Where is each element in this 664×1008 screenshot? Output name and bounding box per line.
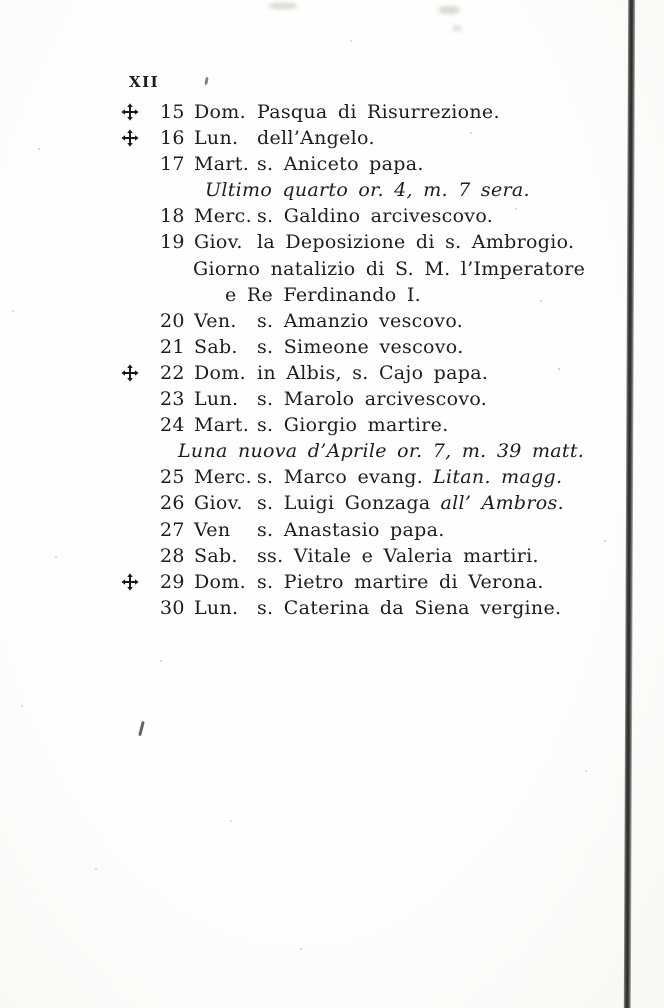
entry-text: s. Aniceto papa. [257, 153, 424, 175]
feast-text-cell: s. Luigi Gonzagaall’ Ambros. [257, 490, 598, 516]
entry-text: s. Simeone vescovo. [257, 336, 464, 358]
weekday-abbrev: Lun. [194, 125, 257, 151]
entry-text: dell’Angelo. [257, 127, 375, 149]
day-number: 24 [160, 412, 194, 438]
feast-text-cell: s. Marco evang.Litan. magg. [257, 464, 598, 490]
feast-cross-cell [120, 386, 160, 412]
feast-text-cell: ss. Vitale e Valeria martiri. [257, 543, 598, 569]
weekday-abbrev: Dom. [194, 360, 257, 386]
entry-text: s. Amanzio vescovo. [257, 310, 463, 332]
calendar-lines: 15 Dom. Pasqua di Risurrezione. 16 Lun. … [120, 99, 598, 621]
weekday-abbrev: Merc. [194, 464, 257, 490]
calendar-entry-row: 16 Lun. dell’Angelo. [120, 125, 598, 151]
feast-cross-cell [120, 203, 160, 229]
weekday-abbrev: Ven. [194, 308, 257, 334]
calendar-entry-row: 20 Ven. s. Amanzio vescovo. [120, 308, 598, 334]
feast-cross-cell [120, 151, 160, 177]
day-number: 23 [160, 386, 194, 412]
paper-speckles [0, 0, 2, 2]
day-number: 17 [160, 151, 194, 177]
day-number: 20 [160, 308, 194, 334]
calendar-entry-row: 21 Sab. s. Simeone vescovo. [120, 334, 598, 360]
line-text: e Re Ferdinando I. [225, 284, 421, 306]
entry-text: s. Pietro martire di Verona. [257, 571, 544, 593]
calendar-entry-row: 15 Dom. Pasqua di Risurrezione. [120, 99, 598, 125]
day-number: 30 [160, 595, 194, 621]
feast-text-cell: s. Amanzio vescovo. [257, 308, 598, 334]
weekday-abbrev: Mart. [194, 412, 257, 438]
feast-cross-cell [120, 490, 160, 516]
feast-cross-cell [120, 569, 160, 595]
feast-text-cell: s. Simeone vescovo. [257, 334, 598, 360]
entry-text: s. Marco evang. [257, 466, 423, 488]
calendar-entry-row: 23 Lun. s. Marolo arcivescovo. [120, 386, 598, 412]
entry-text: s. Galdino arcivescovo. [257, 205, 493, 227]
calendar-entry-row: 18 Merc. s. Galdino arcivescovo. [120, 203, 598, 229]
feast-day-cross-icon [121, 573, 139, 591]
feast-text-cell: in Albis, s. Cajo papa. [257, 360, 598, 386]
day-number: 22 [160, 360, 194, 386]
feast-text-cell: s. Pietro martire di Verona. [257, 569, 598, 595]
calendar-entry-row: 28 Sab. ss. Vitale e Valeria martiri. [120, 543, 598, 569]
weekday-abbrev: Dom. [194, 99, 257, 125]
feast-text-cell: la Deposizione di s. Ambrogio. [257, 229, 598, 255]
calendar-entry-row: 24 Mart. s. Giorgio martire. [120, 412, 598, 438]
entry-text: la Deposizione di s. Ambrogio. [257, 231, 574, 253]
calendar-entry-row: 22 Dom. in Albis, s. Cajo papa. [120, 360, 598, 386]
feast-cross-cell [120, 517, 160, 543]
weekday-abbrev: Ven [194, 517, 257, 543]
feast-cross-cell [120, 125, 160, 151]
feast-cross-cell [120, 595, 160, 621]
day-number: 19 [160, 229, 194, 255]
line-text: Ultimo quarto or. 4, m. 7 sera. [205, 179, 530, 201]
calendar-text-line: Luna nuova d’Aprile or. 7, m. 39 matt. [178, 438, 598, 464]
feast-text-cell: dell’Angelo. [257, 125, 598, 151]
weekday-abbrev: Dom. [194, 569, 257, 595]
stray-ink-mark [204, 77, 209, 85]
weekday-abbrev: Sab. [194, 334, 257, 360]
day-number: 18 [160, 203, 194, 229]
calendar-entry-row: 25 Merc. s. Marco evang.Litan. magg. [120, 464, 598, 490]
feast-text-cell: s. Giorgio martire. [257, 412, 598, 438]
line-text: Luna nuova d’Aprile or. 7, m. 39 matt. [178, 440, 584, 462]
entry-text: Pasqua di Risurrezione. [257, 101, 500, 123]
entry-text: in Albis, s. Cajo papa. [257, 362, 488, 384]
day-number: 25 [160, 464, 194, 490]
feast-cross-cell [120, 543, 160, 569]
feast-cross-cell [120, 308, 160, 334]
entry-text: s. Luigi Gonzaga [257, 492, 431, 514]
scan-smudge [438, 6, 460, 14]
weekday-abbrev: Lun. [194, 595, 257, 621]
entry-text-italic: Litan. magg. [433, 466, 562, 488]
entry-text: s. Anastasio papa. [257, 519, 445, 541]
stray-pen-slash [138, 721, 144, 736]
entry-text: s. Giorgio martire. [257, 414, 449, 436]
feast-cross-cell [120, 99, 160, 125]
entry-text: s. Caterina da Siena vergine. [257, 597, 561, 619]
calendar-text-line: Giorno natalizio di S. M. l’Imperatore [193, 256, 598, 282]
feast-text-cell: s. Anastasio papa. [257, 517, 598, 543]
feast-cross-cell [120, 412, 160, 438]
calendar-text-line: e Re Ferdinando I. [225, 282, 598, 308]
calendar-entry-row: 17 Mart. s. Aniceto papa. [120, 151, 598, 177]
calendar-entry-row: 27 Ven s. Anastasio papa. [120, 517, 598, 543]
book-edge-shadow [624, 0, 635, 1008]
weekday-abbrev: Sab. [194, 543, 257, 569]
feast-day-cross-icon [121, 103, 139, 121]
scan-smudge [268, 3, 298, 9]
feast-text-cell: s. Aniceto papa. [257, 151, 598, 177]
almanac-scanned-page: XII 15 Dom. Pasqua di Risurrezione. 16 L… [0, 0, 664, 1008]
day-number: 28 [160, 543, 194, 569]
weekday-abbrev: Mart. [194, 151, 257, 177]
feast-day-cross-icon [121, 364, 139, 382]
scan-smudge [452, 26, 462, 31]
feast-cross-cell [120, 334, 160, 360]
calendar-entry-row: 26 Giov. s. Luigi Gonzagaall’ Ambros. [120, 490, 598, 516]
feast-cross-cell [120, 360, 160, 386]
entry-text-italic: all’ Ambros. [441, 492, 564, 514]
day-number: 27 [160, 517, 194, 543]
weekday-abbrev: Giov. [194, 490, 257, 516]
calendar-entry-row: 30 Lun. s. Caterina da Siena vergine. [120, 595, 598, 621]
day-number: 26 [160, 490, 194, 516]
day-number: 15 [160, 99, 194, 125]
feast-cross-cell [120, 229, 160, 255]
weekday-abbrev: Lun. [194, 386, 257, 412]
weekday-abbrev: Giov. [194, 229, 257, 255]
feast-text-cell: s. Caterina da Siena vergine. [257, 595, 598, 621]
feast-text-cell: s. Marolo arcivescovo. [257, 386, 598, 412]
calendar-text-line: Ultimo quarto or. 4, m. 7 sera. [205, 177, 598, 203]
page-number: XII [129, 73, 159, 91]
entry-text: ss. Vitale e Valeria martiri. [257, 545, 539, 567]
calendar-entry-row: 29 Dom. s. Pietro martire di Verona. [120, 569, 598, 595]
feast-text-cell: s. Galdino arcivescovo. [257, 203, 598, 229]
calendar-entry-row: 19 Giov. la Deposizione di s. Ambrogio. [120, 229, 598, 255]
weekday-abbrev: Merc. [194, 203, 257, 229]
feast-text-cell: Pasqua di Risurrezione. [257, 99, 598, 125]
day-number: 29 [160, 569, 194, 595]
line-text: Giorno natalizio di S. M. l’Imperatore [193, 258, 585, 280]
day-number: 21 [160, 334, 194, 360]
feast-cross-cell [120, 464, 160, 490]
day-number: 16 [160, 125, 194, 151]
feast-day-cross-icon [121, 129, 139, 147]
entry-text: s. Marolo arcivescovo. [257, 388, 487, 410]
